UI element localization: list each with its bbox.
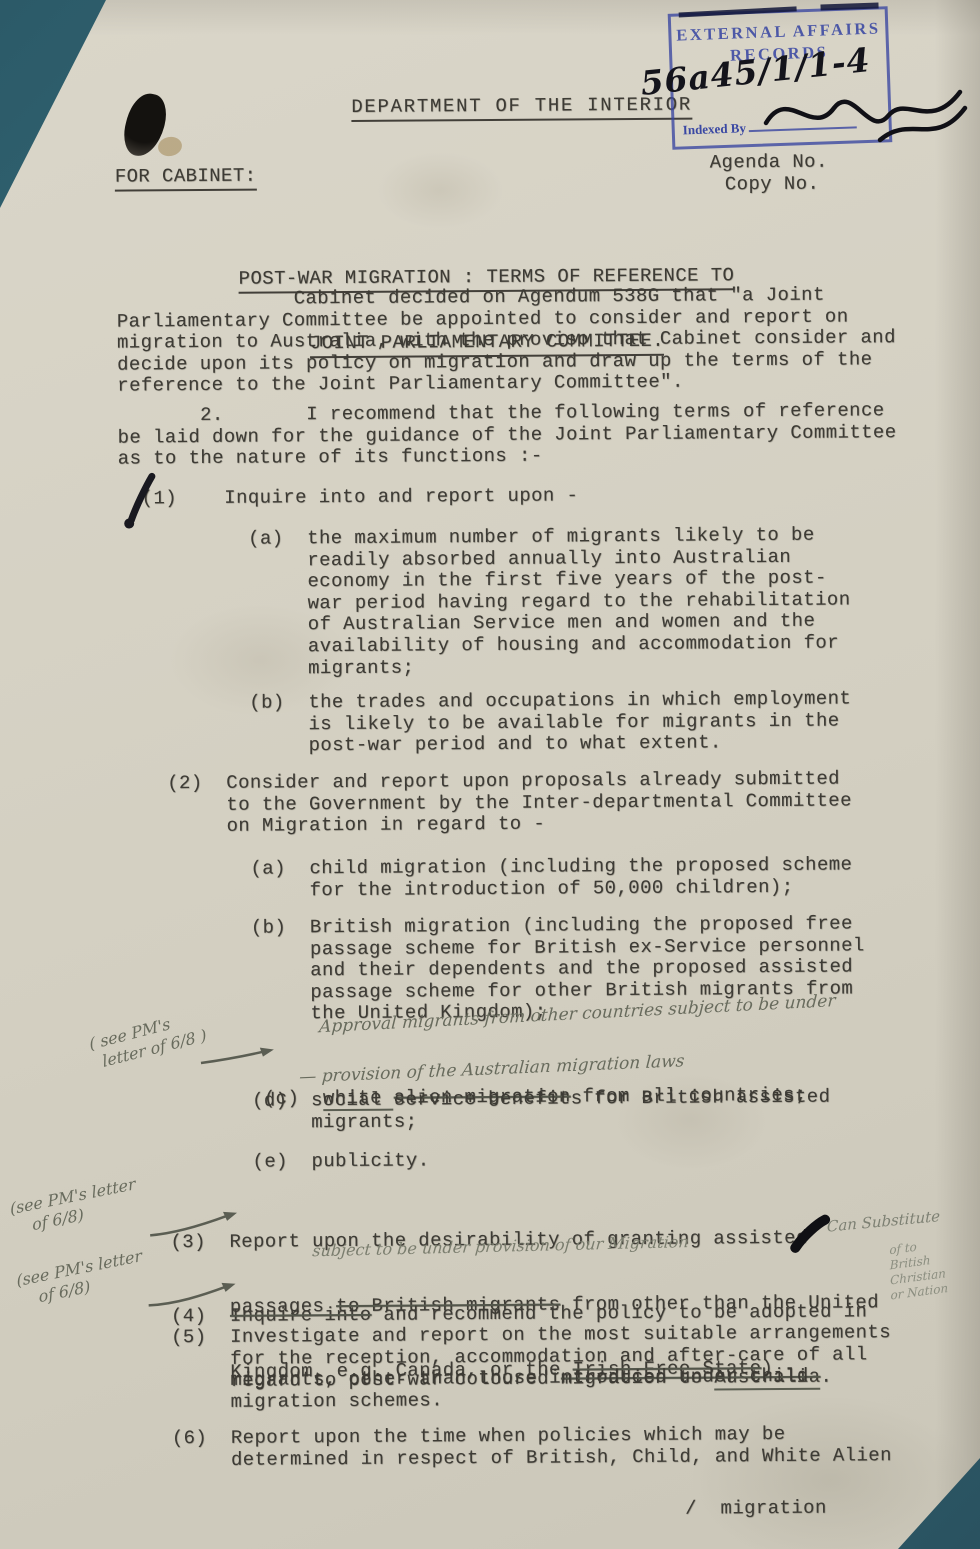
- signature-scribble: [760, 68, 970, 163]
- department-title: DEPARTMENT OF THE INTERIOR: [351, 95, 692, 122]
- term-item-2e: (e) publicity.: [123, 1150, 430, 1174]
- typed-line: post-war period and to what extent.: [120, 732, 852, 759]
- term-item-1b: (b) the trades and occupations in which …: [119, 688, 851, 758]
- term-item-2d: (d) social service benefits for British …: [122, 1087, 830, 1135]
- typed-line: as to the nature of its functions :-: [118, 443, 897, 470]
- pencil-note-right-4: of to British Christian or Nation: [889, 1236, 948, 1304]
- ink-slash-mark: [120, 472, 164, 532]
- copy-no-label: Copy No.: [725, 174, 820, 196]
- term-item-1: (1) Inquire into and report upon -: [118, 485, 578, 510]
- catchword: / migration: [685, 1498, 827, 1521]
- arrow-icon: [145, 1278, 239, 1311]
- typed-line: migrants;: [119, 654, 851, 681]
- typed-line: determined in respect of British, Child,…: [125, 1445, 892, 1472]
- arrow-icon: [147, 1206, 241, 1241]
- margin-note-3: (see PM's letter of 6/8): [9, 1174, 139, 1239]
- stamp-smear: [820, 3, 878, 11]
- typed-line: for the introduction of 50,000 children)…: [121, 876, 853, 903]
- paragraph-1: Cabinet decided on Agendum 538G that "a …: [117, 284, 897, 397]
- term-item-6: (6) Report upon the time when policies w…: [125, 1423, 892, 1472]
- typed-line: (e) publicity.: [123, 1150, 430, 1174]
- ink-check-mark: [789, 1214, 833, 1256]
- term-item-1a: (a) the maximum number of migrants likel…: [118, 524, 851, 680]
- department-title-text: DEPARTMENT OF THE INTERIOR: [351, 95, 692, 122]
- typed-line: on Migration in regard to -: [120, 812, 852, 839]
- term-item-5: (5) Investigate and report on the most s…: [124, 1322, 892, 1414]
- paragraph-2: 2. I recommend that the following terms …: [117, 400, 896, 470]
- scanned-document: DEPARTMENT OF THE INTERIOR FOR CABINET: …: [0, 0, 980, 1549]
- typed-line: (1) Inquire into and report upon -: [118, 485, 578, 510]
- for-cabinet-label: FOR CABINET:: [115, 166, 257, 192]
- term-item-2a: (a) child migration (including the propo…: [121, 854, 853, 902]
- term-item-2: (2) Consider and report upon proposals a…: [120, 768, 852, 838]
- typed-content-layer: DEPARTMENT OF THE INTERIOR FOR CABINET: …: [0, 0, 980, 1549]
- arrow-icon: [198, 1043, 278, 1068]
